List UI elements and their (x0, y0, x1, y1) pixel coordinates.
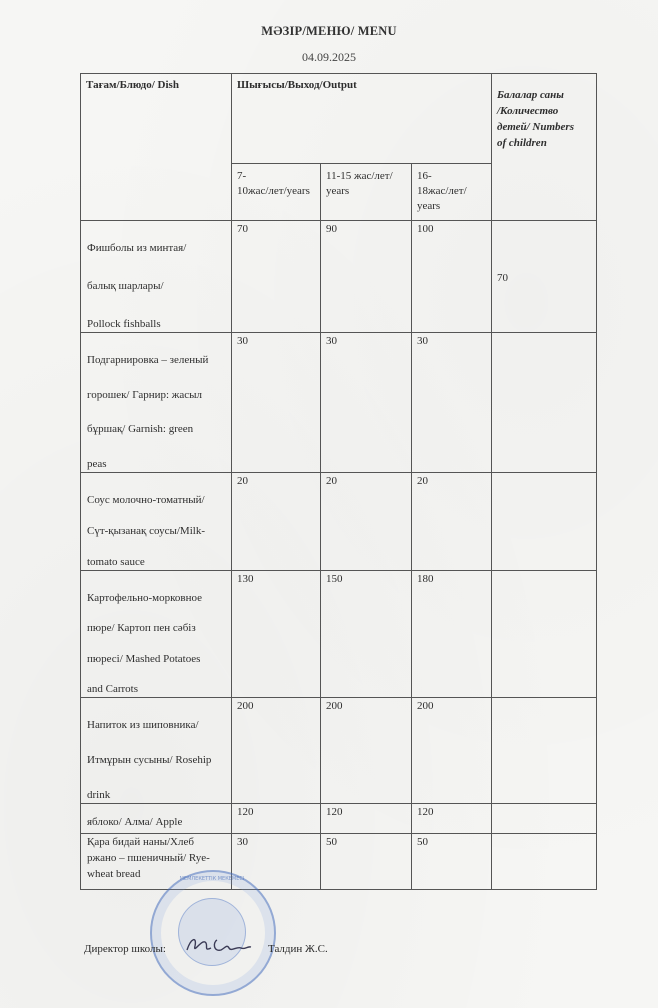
column-header-age-1: 7-10жас/лет/years (237, 169, 316, 199)
dish-name-line: пюре/ Картоп пен сәбіз (87, 622, 196, 636)
dish-name-line: пюресі/ Mashed Potatoes (87, 653, 200, 667)
dish-name: Картофельно-морковноепюре/ Картоп пен сә… (80, 570, 231, 697)
dish-name-line: Итмұрын сусыны/ Rosehip (87, 754, 211, 768)
portion-value: 50 (417, 836, 487, 850)
dish-name-line: peas (87, 458, 107, 472)
table-rule (411, 163, 412, 890)
portion-value: 20 (417, 475, 487, 489)
column-header-dish: Тағам/Блюдо/ Dish (86, 79, 227, 93)
table-rule (80, 73, 597, 74)
portion-value: 20 (237, 475, 316, 489)
dish-name: Напиток из шиповника/Итмұрын сусыны/ Ros… (80, 697, 231, 803)
document-date: 04.09.2025 (0, 50, 658, 65)
portion-value: 150 (326, 573, 407, 587)
dish-name-line: wheat bread (87, 868, 140, 882)
portion-value: 130 (237, 573, 316, 587)
dish-name: Фишболы из минтая/балық шарлары/Pollock … (80, 220, 231, 332)
portion-value: 30 (326, 335, 407, 349)
dish-name-line: Фишболы из минтая/ (87, 242, 186, 256)
portion-value: 120 (417, 806, 487, 820)
dish-name-line: бұршақ/ Garnish: green (87, 423, 193, 437)
dish-name: Соус молочно-томатный/Сүт-қызанақ соусы/… (80, 472, 231, 570)
portion-value: 200 (237, 700, 316, 714)
dish-name-line: drink (87, 789, 110, 803)
portion-value: 100 (417, 223, 487, 237)
portion-value: 120 (237, 806, 316, 820)
director-name: Талдин Ж.С. (268, 943, 328, 955)
column-header-age-3: 16-18жас/лет/years (417, 169, 487, 214)
table-rule (231, 163, 492, 164)
portion-value: 30 (237, 836, 316, 850)
stamp-text: МЕМЛЕКЕТТІК МЕКЕМЕСІ (162, 876, 262, 882)
dish-name-line: Картофельно-морковное (87, 592, 202, 606)
portion-value: 30 (417, 335, 487, 349)
dish-name-line: яблоко/ Алма/ Apple (87, 816, 182, 830)
portion-value: 50 (326, 836, 407, 850)
dish-name-line: Соус молочно-томатный/ (87, 494, 205, 508)
signature-icon (183, 932, 253, 958)
portion-value: 90 (326, 223, 407, 237)
dish-name-line: ржано – пшеничный/ Rye- (87, 852, 210, 866)
portion-value: 30 (237, 335, 316, 349)
portion-value: 120 (326, 806, 407, 820)
portion-value: 200 (326, 700, 407, 714)
portion-value: 20 (326, 475, 407, 489)
table-rule (491, 73, 492, 890)
dish-name-line: Подгарнировка – зеленый (87, 354, 208, 368)
dish-name-line: Қара бидай наны/Хлеб (87, 836, 194, 850)
children-count: 70 (497, 272, 592, 286)
table-rule (231, 73, 232, 890)
table-rule (320, 163, 321, 890)
portion-value: 200 (417, 700, 487, 714)
dish-name-line: and Carrots (87, 683, 138, 697)
portion-value: 70 (237, 223, 316, 237)
column-header-output: Шығысы/Выход/Output (237, 79, 487, 93)
column-header-children: Балалар саны/Количестводетей/ Numbersof … (497, 87, 592, 151)
dish-name-line: Pollock fishballs (87, 318, 161, 332)
dish-name-line: tomato sauce (87, 556, 145, 570)
dish-name-line: Сүт-қызанақ соусы/Milk- (87, 525, 205, 539)
document-title: МӘЗІР/МЕНЮ/ MENU (0, 24, 658, 39)
dish-name-line: балық шарлары/ (87, 280, 164, 294)
table-rule (596, 73, 597, 890)
column-header-age-2: 11-15 жас/лет/years (326, 169, 407, 199)
director-label: Директор школы: (84, 943, 166, 955)
dish-name-line: горошек/ Гарнир: жасыл (87, 389, 202, 403)
dish-name: Подгарнировка – зеленыйгорошек/ Гарнир: … (80, 332, 231, 472)
dish-name-line: Напиток из шиповника/ (87, 719, 199, 733)
table-rule (80, 889, 597, 890)
portion-value: 180 (417, 573, 487, 587)
dish-name: яблоко/ Алма/ Apple (80, 803, 231, 833)
